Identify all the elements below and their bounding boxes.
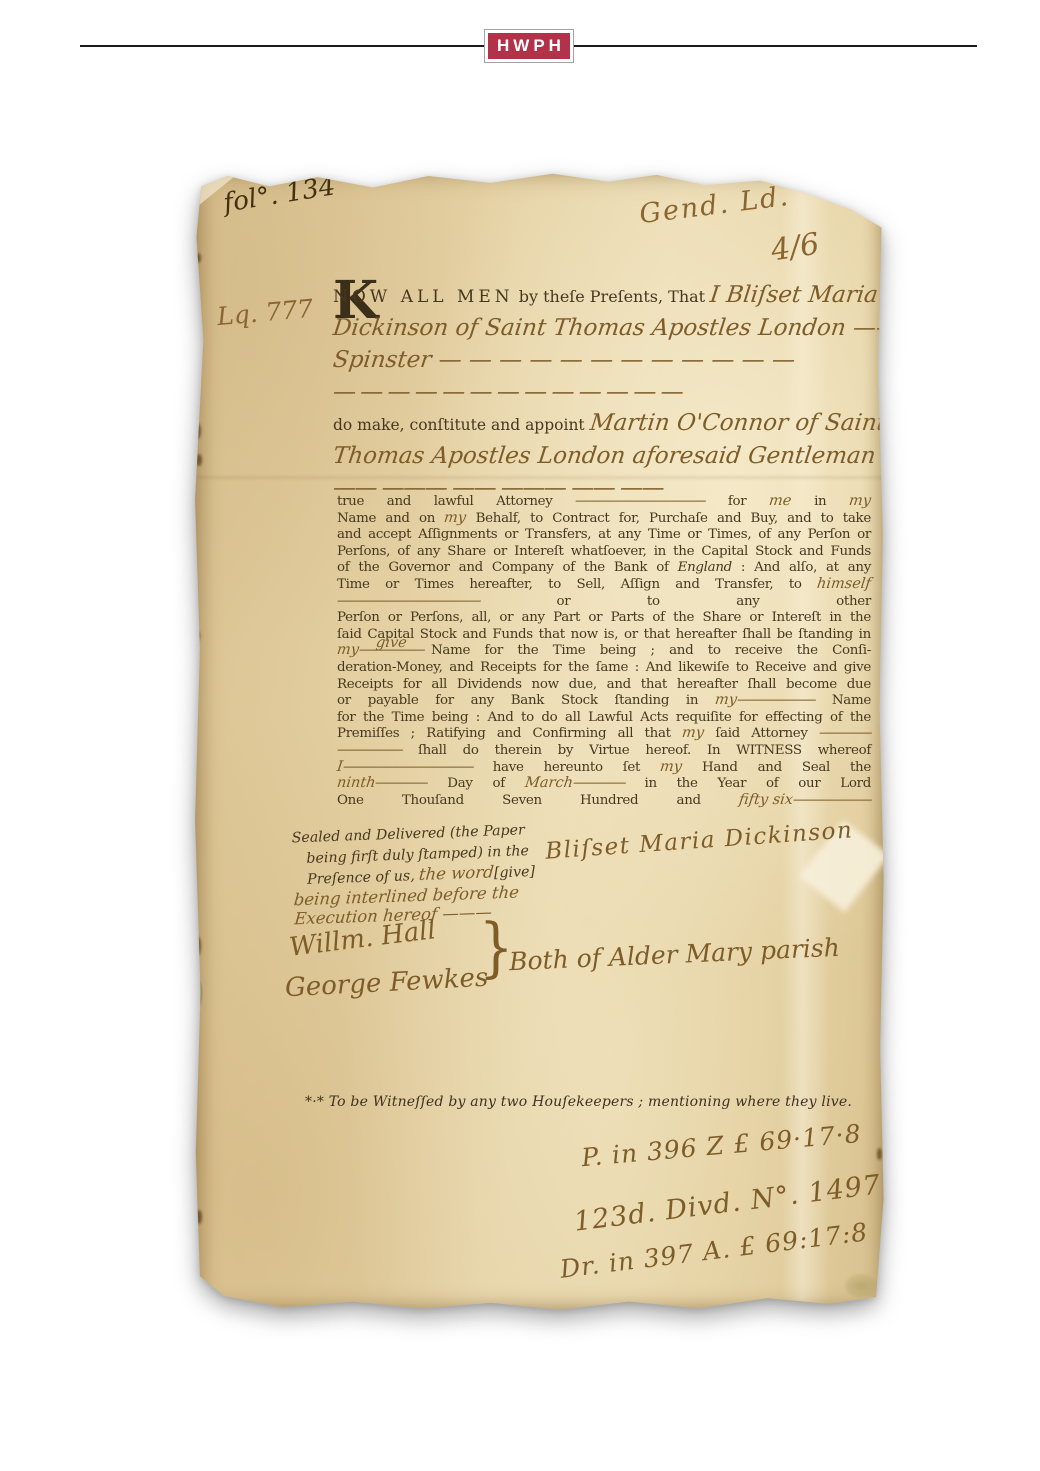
printed-text: deration-Money, and Receipts for the ſam…	[337, 660, 871, 675]
text-line: NOW ALL MEN by theſe Preſents, That I Bl…	[333, 280, 875, 313]
hwph-logo: HWPH	[484, 29, 574, 63]
text-line: or payable for any Bank Stock ſtanding i…	[337, 691, 871, 708]
text-line: ————— ſhall do therein by Virtue hereof.…	[337, 741, 871, 758]
text-line: — — — — — — — — — — — — —	[333, 377, 875, 409]
text-line: Perſon or Perſons, all, or any Part or P…	[337, 608, 871, 625]
printed-text: by theſe Preſents, That	[514, 287, 711, 306]
printed-text: Time or Times hereafter, to Sell, Aſſign…	[337, 577, 817, 592]
printed-text: Behalf, to Contract for, Purchaſe and Bu…	[466, 511, 871, 526]
handwritten-text: I Bliſset Maria	[708, 280, 880, 311]
handwritten-text: my	[443, 510, 467, 527]
edge-tear-mark	[195, 253, 201, 263]
printed-text: Day of	[427, 776, 524, 791]
printed-italic-text: England	[678, 560, 732, 575]
edge-tear-mark	[194, 423, 201, 439]
printed-text: for the Time being : And to do all Lawfu…	[337, 710, 871, 725]
attorney-paragraph: true and lawful Attorney —————————— for …	[337, 492, 871, 807]
text-line: I —————————— have hereunto ſet my Hand a…	[337, 758, 871, 775]
printed-text: Hand and Seal the	[682, 760, 871, 775]
paper-stain	[845, 1274, 877, 1298]
text-line: Name and on my Behalf, to Contract for, …	[337, 509, 871, 526]
handwritten-dashes: ————	[818, 725, 872, 742]
text-line: of the Governor and Company of the Bank …	[337, 558, 871, 575]
printed-text: : And alſo, at any	[732, 560, 871, 575]
witness-parish-note: Both of Alder Mary parish	[509, 933, 841, 976]
text-line: Perſons, of any Share or Intereſt whatſo…	[337, 542, 871, 559]
handwritten-text: my	[848, 493, 872, 510]
handwritten-dashes: ——————	[736, 692, 816, 709]
text-line: true and lawful Attorney —————————— for …	[337, 492, 871, 509]
handwritten-text: himself	[816, 576, 872, 593]
handwritten-text: March	[524, 775, 574, 792]
printed-text: or payable for any Bank Stock ſtanding i…	[337, 693, 715, 708]
edge-tear-mark	[194, 936, 201, 956]
printed-text: ſaid Capital Stock and Funds that now is…	[337, 627, 871, 642]
edge-tear-mark	[195, 980, 201, 1006]
text-line: One Thouſand Seven Hundred and fifty six…	[337, 791, 871, 808]
opening-clause: K NOW ALL MEN by theſe Preſents, That I …	[333, 280, 875, 409]
printed-text: Receipts for all Dividends now due, and …	[337, 677, 871, 692]
interlined-word: give	[375, 635, 408, 652]
aged-paper: fol°. 134 Gend. Ld. 4/6 Lq. 777 K NOW AL…	[193, 168, 885, 1313]
handwritten-dashes: ——————————	[574, 493, 706, 510]
handwritten-text: the word	[418, 862, 494, 884]
edge-tear-mark	[195, 631, 200, 641]
printed-italic-text: Preſence of us,	[307, 868, 420, 888]
edge-tear-mark	[877, 1148, 882, 1160]
printed-text: One Thouſand Seven Hundred and	[337, 793, 739, 808]
printed-text: Name and on	[337, 511, 444, 526]
printed-text: true and lawful Attorney	[337, 494, 575, 509]
text-line: ——————————— or to any other	[337, 592, 871, 609]
printed-text: ſhall do therein by Virtue hereof. In WI…	[402, 743, 871, 758]
handwritten-dashes: ————	[572, 775, 626, 792]
hwph-logo-text: HWPH	[488, 33, 570, 59]
folio-annotation: fol°. 134	[221, 171, 337, 218]
printed-text: and accept Aſſignments or Transfers, at …	[337, 527, 871, 542]
text-line: Premiſſes ; Ratifying and Confirming all…	[337, 724, 871, 741]
printed-text: in the Year of our Lord	[625, 776, 871, 791]
handwritten-dashes: ——————————	[342, 759, 474, 776]
text-line: for the Time being : And to do all Lawfu…	[337, 708, 871, 725]
printed-text: Perſon or Perſons, all, or any Part or P…	[337, 610, 871, 625]
handwritten-text: Thomas Apostles London aforesaid Gentlem…	[331, 441, 919, 472]
printed-text: of the Governor and Company of the Bank …	[337, 560, 678, 575]
handwritten-text: ninth	[336, 775, 377, 792]
handwritten-text: Spinster — — — — — — — — — — — —	[331, 345, 797, 376]
printed-text: ſaid Attorney	[704, 726, 819, 741]
handwritten-text: fifty six	[738, 792, 794, 809]
handwritten-text: Dickinson of Saint Thomas Apostles Londo…	[331, 313, 924, 344]
fee-annotation: 4/6	[769, 226, 822, 268]
printed-text: or to any other	[480, 594, 871, 609]
text-line: Receipts for all Dividends now due, and …	[337, 675, 871, 692]
text-line: my —————give Name for the Time being ; a…	[337, 641, 871, 658]
catalog-page: HWPH fol°. 134 Gend. Ld. 4/6 Lq. 777 K N…	[0, 0, 1040, 1471]
printed-text: do make, conſtitute and appoint	[333, 416, 590, 434]
printed-footnote: *·* To be Witneſſed by any two Houſekeep…	[305, 1094, 852, 1110]
handwritten-dashes: ———————————	[336, 593, 481, 610]
printed-text: in	[791, 494, 849, 509]
text-line: and accept Aſſignments or Transfers, at …	[337, 525, 871, 542]
appointment-clause: do make, conſtitute and appoint Martin O…	[333, 408, 875, 505]
printed-text: Premiſſes ; Ratifying and Confirming all…	[337, 726, 682, 741]
handwritten-text: my	[714, 692, 738, 709]
handwritten-text: my	[681, 725, 705, 742]
handwritten-dashes: ——————	[792, 792, 872, 809]
text-line: ſaid Capital Stock and Funds that now is…	[337, 625, 871, 642]
text-line: do make, conſtitute and appoint Martin O…	[333, 408, 875, 441]
document-photo: fol°. 134 Gend. Ld. 4/6 Lq. 777 K NOW AL…	[193, 168, 885, 1313]
handwritten-text: my	[336, 642, 360, 659]
handwritten-dashes: — — — — — — — — — — — — —	[331, 377, 684, 408]
text-line: deration-Money, and Receipts for the ſam…	[337, 658, 871, 675]
handwritten-dashes: ————	[374, 775, 428, 792]
handwritten-text: Martin O'Connor of Saint	[588, 408, 888, 439]
handwritten-text: me	[768, 493, 792, 510]
text-line: Time or Times hereafter, to Sell, Aſſign…	[337, 575, 871, 592]
edge-tear-mark	[196, 1210, 202, 1224]
text-line: Spinster — — — — — — — — — — — —	[333, 345, 875, 377]
text-line: ninth ———— Day of March ———— in the Year…	[337, 774, 871, 791]
handwritten-text: my	[659, 759, 683, 776]
printed-text: for	[705, 494, 769, 509]
text-line: Thomas Apostles London aforesaid Gentlem…	[333, 441, 875, 473]
printed-text: Name	[815, 693, 871, 708]
witness-name-2: George Fewkes	[284, 963, 489, 1004]
handwritten-dashes: —————	[336, 742, 403, 759]
examined-annotation: Gend. Ld.	[638, 181, 792, 230]
edge-tear-mark	[196, 454, 202, 466]
text-line: Dickinson of Saint Thomas Apostles Londo…	[333, 313, 875, 345]
printed-smallcaps: NOW ALL MEN	[333, 287, 514, 307]
printed-text: have hereunto ſet	[473, 760, 660, 775]
signature: Bliſset Maria Dickinson	[544, 817, 854, 864]
accounting-entry-1: P. in 396 Z £ 69·17·8	[580, 1119, 862, 1172]
printed-text: Perſons, of any Share or Intereſt whatſo…	[337, 544, 871, 559]
printed-text: [give]	[494, 864, 536, 881]
ledger-annotation: Lq. 777	[216, 294, 314, 331]
printed-text: Name for the Time being ; and to receive…	[417, 643, 871, 658]
